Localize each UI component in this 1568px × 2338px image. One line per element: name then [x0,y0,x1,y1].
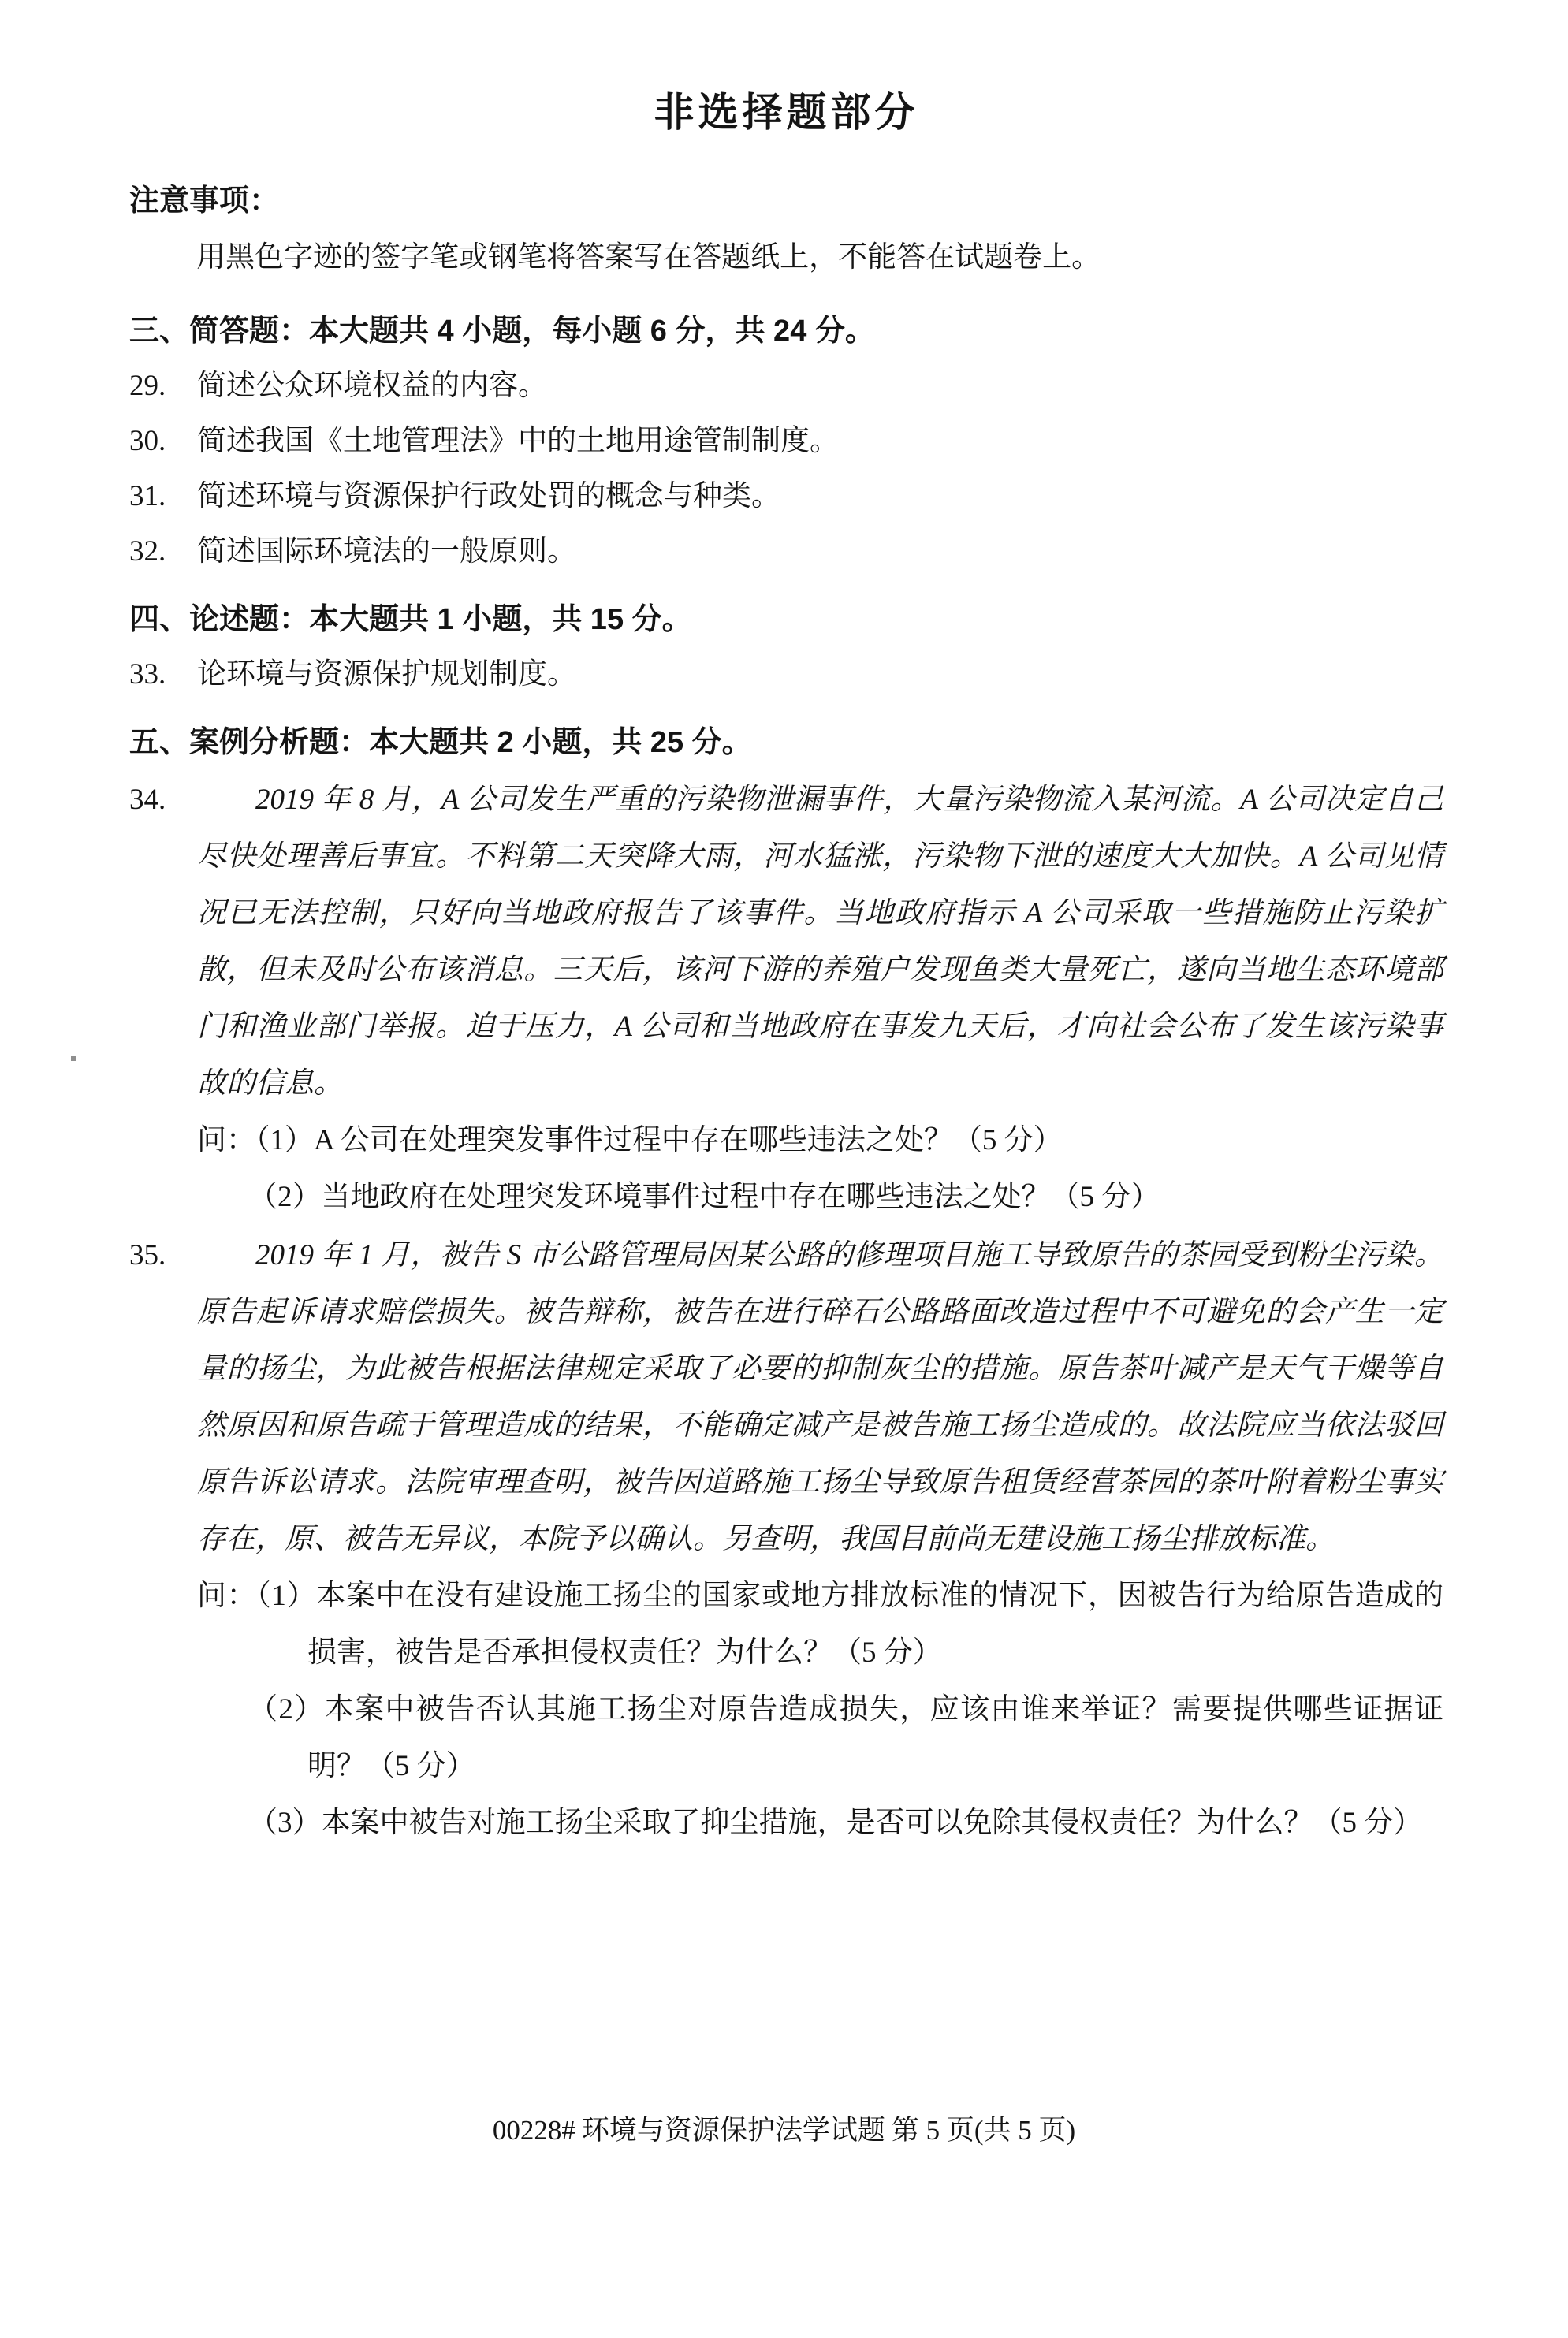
case-35-body: 2019 年 1 月，被告 S 市公路管理局因某公路的修理项目施工导致原告的茶园… [197,1227,1443,1568]
section-heading-case-analysis: 五、案例分析题：本大题共 2 小题，共 25 分。 [129,715,1443,770]
case-35-question-3: （3）本案中被告对施工扬尘采取了抑尘措施，是否可以免除其侵权责任？为什么？（5 … [197,1795,1443,1852]
case-35-question-1: 问：（1）本案中在没有建设施工扬尘的国家或地方排放标准的情况下，因被告行为给原告… [197,1568,1443,1681]
question-32-text: 简述国际环境法的一般原则。 [197,535,576,568]
question-29-number: 29. [129,359,197,414]
question-31-text: 简述环境与资源保护行政处罚的概念与种类。 [197,480,780,512]
page-title: 非选择题部分 [129,0,1443,136]
question-29-text: 简述公众环境权益的内容。 [197,370,547,402]
case-35: 35. 2019 年 1 月，被告 S 市公路管理局因某公路的修理项目施工导致原… [129,1227,1443,1852]
question-33-text: 论环境与资源保护规划制度。 [197,658,576,691]
exam-page: 非选择题部分 注意事项： 用黑色字迹的签字笔或钢笔将答案写在答题纸上，不能答在试… [0,0,1568,2338]
case-35-question-2: （2）本案中被告否认其施工扬尘对原告造成损失，应该由谁来举证？需要提供哪些证据证… [197,1681,1443,1795]
case-34-question-2-text: 当地政府在处理突发环境事件过程中存在哪些违法之处？（5 分） [322,1181,1160,1213]
case-34-number: 34. [129,772,166,828]
case-34-question-2-label: （2） [248,1181,322,1213]
question-30-text: 简述我国《土地管理法》中的土地用途管制制度。 [197,425,839,457]
page-footer: 00228#环境与资源保护法学试题第 5 页(共 5 页) [0,2114,1568,2147]
case-34-question-1-text: A 公司在处理突发事件过程中存在哪些违法之处？（5 分） [314,1124,1063,1156]
question-33-number: 33. [129,647,197,702]
question-32: 32.简述国际环境法的一般原则。 [129,524,1443,579]
question-32-number: 32. [129,524,197,579]
case-34-question-2: （2）当地政府在处理突发环境事件过程中存在哪些违法之处？（5 分） [197,1169,1443,1226]
question-29: 29.简述公众环境权益的内容。 [129,359,1443,414]
case-34: 34. 2019 年 8 月，A 公司发生严重的污染物泄漏事件，大量污染物流入某… [129,772,1443,1226]
case-35-question-2-text: 本案中被告否认其施工扬尘对原告造成损失，应该由谁来举证？需要提供哪些证据证明？（… [307,1693,1443,1782]
notice-text: 用黑色字迹的签字笔或钢笔将答案写在答题纸上，不能答在试题卷上。 [129,229,1443,286]
case-34-question-1-label: 问：（1） [197,1124,314,1156]
case-35-question-2-label: （2） [248,1693,325,1726]
case-34-body: 2019 年 8 月，A 公司发生严重的污染物泄漏事件，大量污染物流入某河流。A… [197,772,1443,1112]
footer-exam-name: 环境与资源保护法学试题 [579,2115,888,2146]
footer-page-info: 第 5 页(共 5 页) [888,2115,1078,2146]
notice-label: 注意事项： [129,185,1443,218]
question-31: 31.简述环境与资源保护行政处罚的概念与种类。 [129,469,1443,524]
case-35-question-3-text: 本案中被告对施工扬尘采取了抑尘措施，是否可以免除其侵权责任？为什么？（5 分） [322,1807,1423,1839]
case-35-question-1-label: 问：（1） [197,1580,316,1612]
question-30: 30.简述我国《土地管理法》中的土地用途管制制度。 [129,414,1443,469]
footer-exam-code: 00228# [490,2115,579,2146]
case-35-number: 35. [129,1227,166,1284]
question-31-number: 31. [129,469,197,524]
section-heading-short-answer: 三、简答题：本大题共 4 小题，每小题 6 分，共 24 分。 [129,303,1443,359]
section-heading-essay: 四、论述题：本大题共 1 小题，共 15 分。 [129,592,1443,647]
question-33: 33.论环境与资源保护规划制度。 [129,647,1443,702]
scan-speck [71,1056,76,1061]
case-35-question-3-label: （3） [248,1807,322,1839]
case-35-question-1-text: 本案中在没有建设施工扬尘的国家或地方排放标准的情况下，因被告行为给原告造成的损害… [307,1580,1443,1669]
question-30-number: 30. [129,414,197,469]
case-34-question-1: 问：（1）A 公司在处理突发事件过程中存在哪些违法之处？（5 分） [197,1112,1443,1169]
